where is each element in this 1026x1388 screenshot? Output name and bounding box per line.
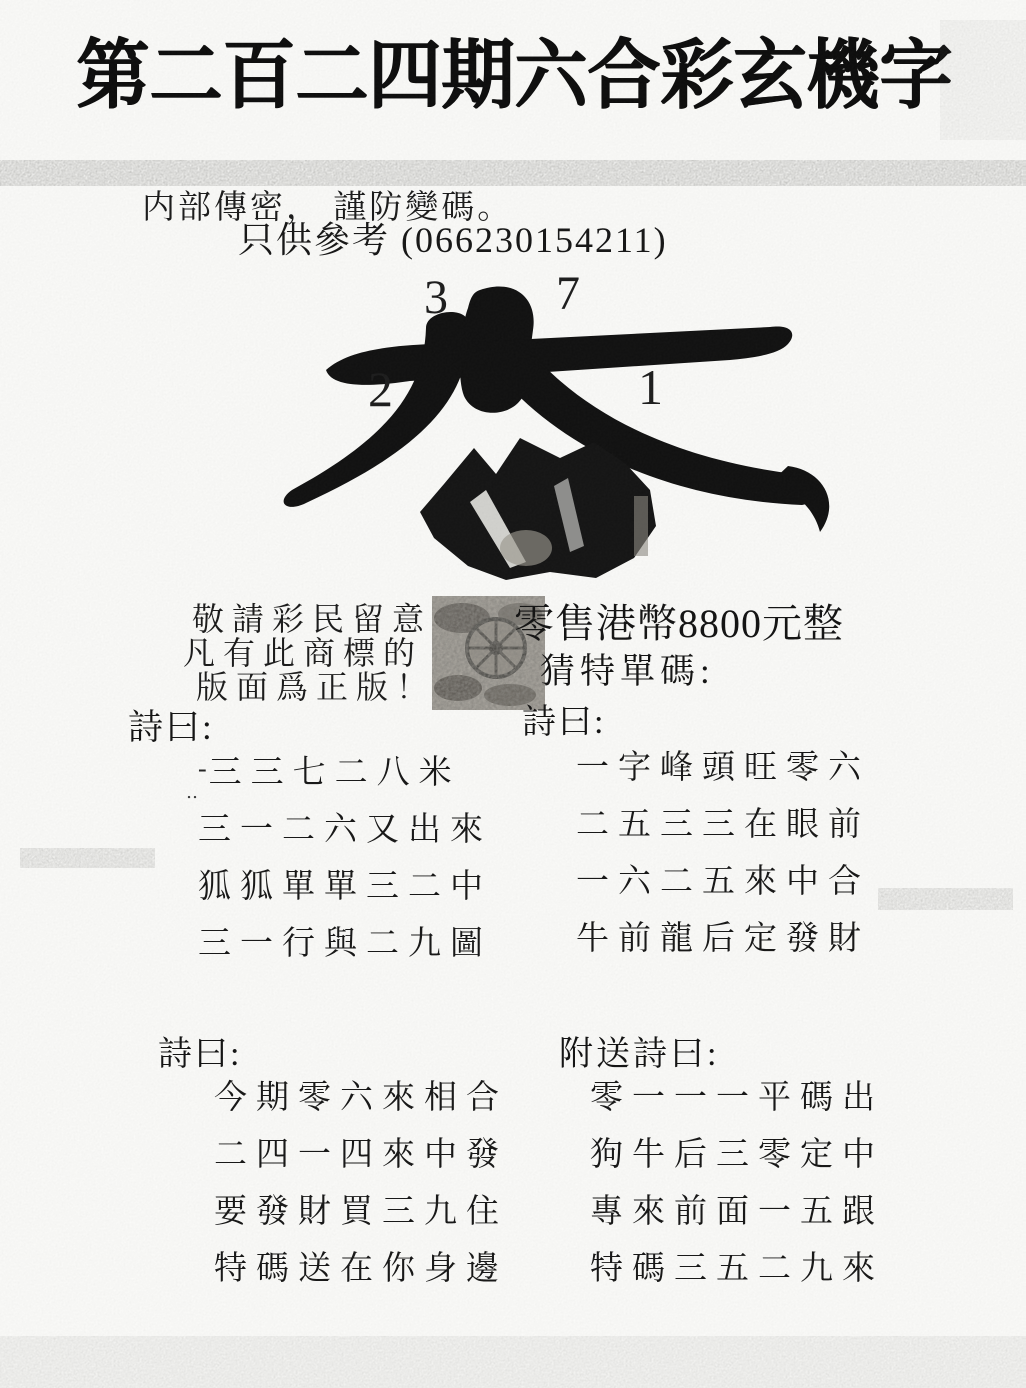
poem-line: -三三七二八米	[198, 752, 492, 790]
poem-line: 今期零六來相合	[214, 1082, 508, 1115]
poem-line-text: 三三七二八米	[209, 755, 461, 791]
trademark-notice-line: 版面爲正版！	[196, 670, 436, 704]
poem-line: 狐狐單單三二中	[198, 871, 492, 904]
poem-line: 二五三三在眼前	[576, 809, 870, 842]
poem-line: 專來前面一五跟	[590, 1196, 884, 1229]
poem-header-bottom-left: 詩曰:	[158, 1026, 241, 1075]
poem-line: 狗牛后三零定中	[590, 1139, 884, 1172]
scanned-lottery-sheet: 第二百二四期六合彩玄機字 内部傳密， 謹防變碼。 只供參考 (066230154…	[0, 0, 1026, 1388]
poem-top-right: 一字峰頭旺零六 二五三三在眼前 一六二五來中合 牛前龍后定發財	[576, 752, 870, 980]
poem-header-top-right: 詩曰:	[522, 694, 605, 743]
poem-bottom-right: 零一一一平碼出 狗牛后三零定中 專來前面一五跟 特碼三五二九來	[590, 1082, 884, 1310]
corner-number-bottom-left: 2	[368, 360, 393, 418]
poem-line: 一字峰頭旺零六	[576, 752, 870, 785]
poem-line: 二四一四來中發	[214, 1139, 508, 1172]
poem-header-top-left: 詩曰:	[128, 700, 214, 750]
poem-top-left: -三三七二八米 三一二六又出來 狐狐單單三二中 三一行與二九圖	[198, 752, 492, 985]
trademark-notice-line: 凡有此商標的	[183, 636, 436, 670]
corner-number-top-left: 3	[424, 270, 448, 325]
retail-price: 零售港幣8800元整	[514, 592, 844, 649]
trademark-notice: 敬請彩民留意 凡有此商標的 版面爲正版！	[183, 602, 436, 704]
corner-number-bottom-right: 1	[638, 358, 663, 416]
poem-line: 三一行與二九圖	[198, 928, 492, 961]
poem-line: 三一二六又出來	[198, 814, 492, 847]
poem-line: 特碼送在你身邊	[214, 1253, 508, 1286]
poem-header-bottom-right: 附送詩曰:	[559, 1026, 719, 1075]
poem-bottom-left: 今期零六來相合 二四一四來中發 要發財買三九住 特碼送在你身邊	[214, 1082, 508, 1310]
poem-line: 零一一一平碼出	[590, 1082, 884, 1115]
page-title: 第二百二四期六合彩玄機字	[76, 14, 952, 123]
poem-line: 特碼三五二九來	[590, 1253, 884, 1286]
poem-line: 要發財買三九住	[214, 1196, 508, 1229]
guess-special-code-label: 猜特單碼:	[540, 644, 715, 694]
big-character-text: 大	[0, 0, 1, 1]
poem-line: 牛前龍后定發財	[576, 923, 870, 956]
poem-line: 一六二五來中合	[576, 866, 870, 899]
handwritten-dash-mark: -	[198, 754, 207, 783]
reference-number: 只供參考 (066230154211)	[238, 212, 668, 263]
trademark-notice-line: 敬請彩民留意	[192, 602, 436, 636]
corner-number-top-right: 7	[556, 266, 580, 321]
ink-smudge	[408, 426, 668, 586]
